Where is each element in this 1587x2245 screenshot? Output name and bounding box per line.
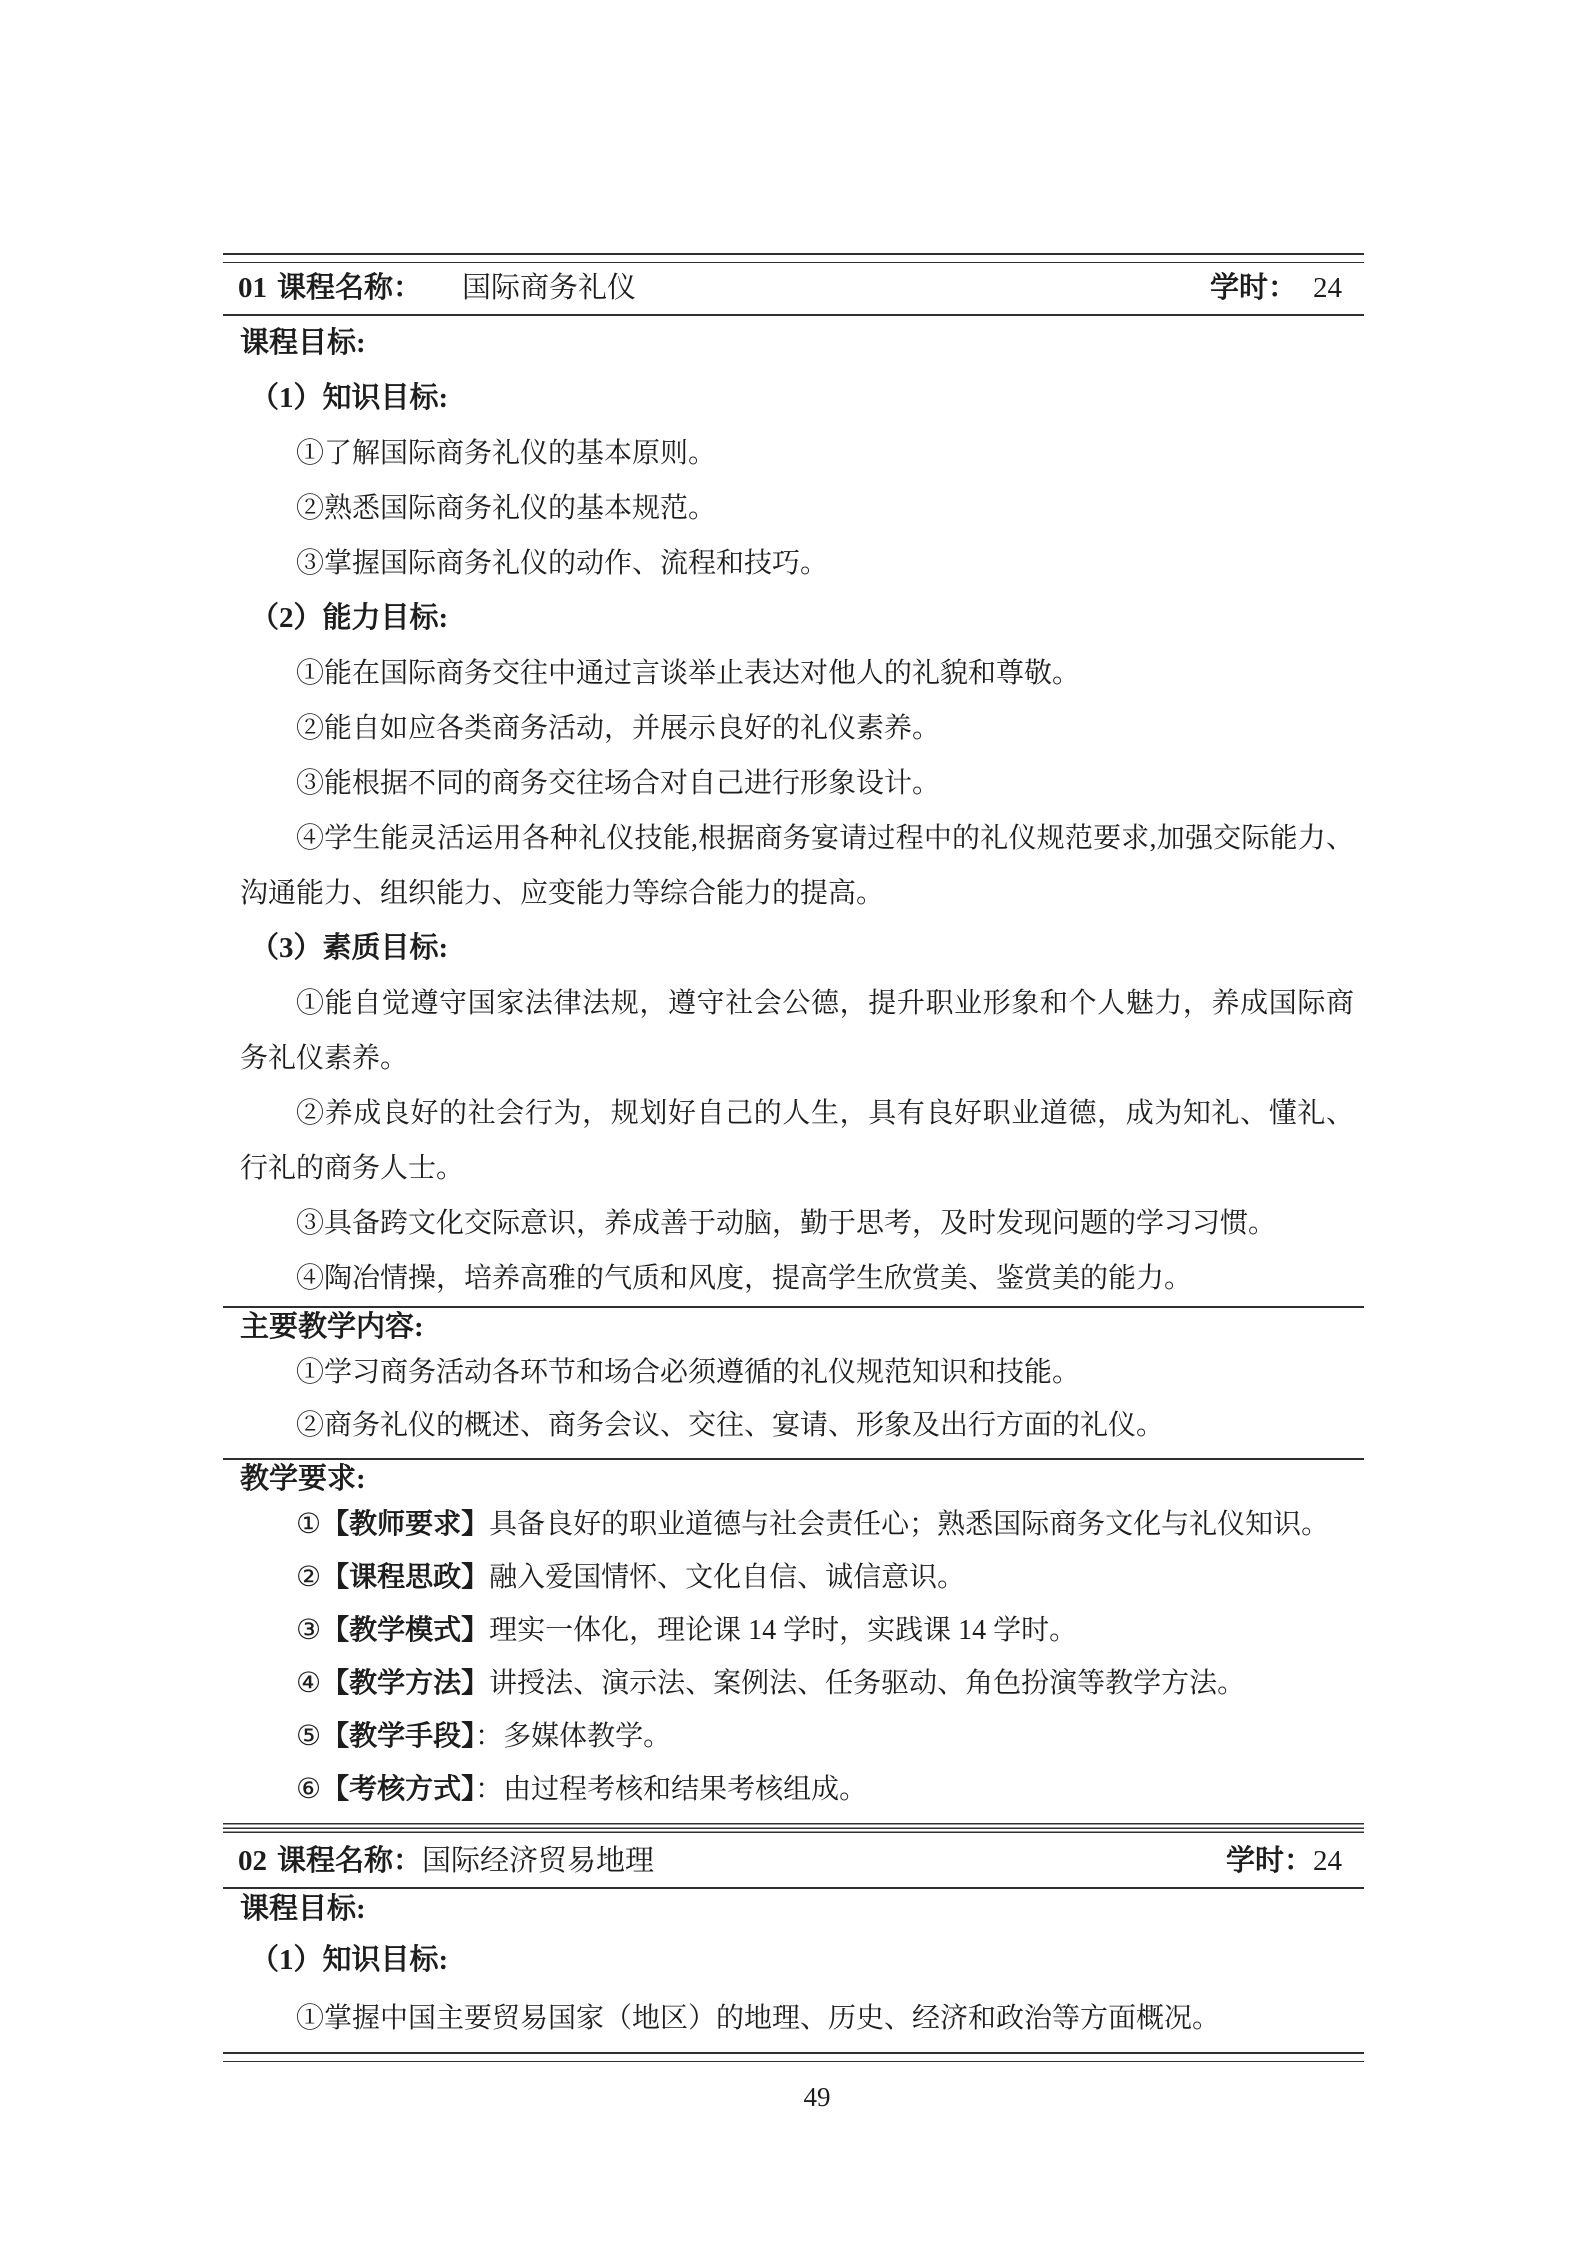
list-item: ②熟悉国际商务礼仪的基本规范。 [240, 481, 1354, 536]
list-item: ⑥【考核方式】：由过程考核和结果考核组成。 [240, 1763, 1354, 1816]
course2-number: 02 [238, 1845, 267, 1877]
course1-content-section: 主要教学内容: ①学习商务活动各环节和场合必须遵循的礼仪规范知识和技能。 ②商务… [223, 1308, 1364, 1458]
list-item: ①能在国际商务交往中通过言谈举止表达对他人的礼貌和尊敬。 [240, 646, 1354, 701]
course2-header-row: 02课程名称：国际经济贸易地理 学时：24 [223, 1836, 1364, 1887]
course1-content-title: 主要教学内容: [240, 1308, 1354, 1346]
course1-name-label: 课程名称： [277, 272, 422, 304]
document-page: 01课程名称：国际商务礼仪 学时：24 课程目标: （1）知识目标: ①了解国际… [0, 0, 1587, 2245]
course1-ability-title: （2）能力目标: [240, 591, 1354, 646]
list-item: ②养成良好的社会行为，规划好自己的人生，具有良好职业道德，成为知礼、懂礼、行礼的… [240, 1086, 1354, 1196]
list-item: ①【教师要求】具备良好的职业道德与社会责任心；熟悉国际商务文化与礼仪知识。 [240, 1498, 1354, 1551]
course2-header-left: 02课程名称：国际经济贸易地理 [238, 1842, 654, 1880]
item-text: 具备良好的职业道德与社会责任心；熟悉国际商务文化与礼仪知识。 [489, 1509, 1329, 1540]
item-number: ② [296, 1562, 321, 1593]
course2-name-label: 课程名称： [277, 1845, 422, 1877]
item-text: 融入爱国情怀、文化自信、诚信意识。 [489, 1562, 965, 1593]
course2-goals-title: 课程目标: [240, 1889, 1354, 1929]
course-syllabus-table: 01课程名称：国际商务礼仪 学时：24 课程目标: （1）知识目标: ①了解国际… [223, 253, 1364, 2062]
item-number: ① [296, 1509, 321, 1540]
list-item: ③能根据不同的商务交往场合对自己进行形象设计。 [240, 756, 1354, 811]
course2-hours-label: 学时： [1226, 1845, 1313, 1877]
list-item: ②能自如应各类商务活动，并展示良好的礼仪素养。 [240, 701, 1354, 756]
course1-requirements-section: 教学要求: ①【教师要求】具备良好的职业道德与社会责任心；熟悉国际商务文化与礼仪… [223, 1460, 1364, 1823]
list-item: ①学习商务活动各环节和场合必须遵循的礼仪规范知识和技能。 [240, 1346, 1354, 1399]
item-text: 理实一体化，理论课 14 学时，实践课 14 学时。 [489, 1615, 1077, 1646]
page-number: 49 [804, 2077, 831, 2117]
list-item: ①了解国际商务礼仪的基本原则。 [240, 426, 1354, 481]
item-tag: 【教学模式】 [321, 1615, 489, 1646]
item-tag: 【考核方式】 [321, 1774, 475, 1805]
course2-goals-section: 课程目标: （1）知识目标: ①掌握中国主要贸易国家（地区）的地理、历史、经济和… [223, 1889, 1364, 2046]
list-item: ④【教学方法】讲授法、演示法、案例法、任务驱动、角色扮演等教学方法。 [240, 1657, 1354, 1710]
item-tag: 【教学手段】 [321, 1721, 475, 1752]
list-item: ③具备跨文化交际意识，养成善于动脑，勤于思考，及时发现问题的学习习惯。 [240, 1196, 1354, 1251]
item-tag: 【教师要求】 [321, 1509, 489, 1540]
course1-hours-label: 学时： [1210, 272, 1297, 304]
list-item: ②商务礼仪的概述、商务会议、交往、宴请、形象及出行方面的礼仪。 [240, 1399, 1354, 1452]
item-number: ④ [296, 1668, 321, 1699]
list-item: ④陶冶情操，培养高雅的气质和风度，提高学生欣赏美、鉴赏美的能力。 [240, 1251, 1354, 1306]
course1-quality-title: （3）素质目标: [240, 921, 1354, 976]
course1-header-row: 01课程名称：国际商务礼仪 学时：24 [223, 263, 1364, 314]
course1-name: 国际商务礼仪 [462, 272, 636, 304]
list-item: ①掌握中国主要贸易国家（地区）的地理、历史、经济和政治等方面概况。 [240, 1991, 1354, 2046]
list-item: ⑤【教学手段】：多媒体教学。 [240, 1710, 1354, 1763]
course1-knowledge-title: （1）知识目标: [240, 371, 1354, 426]
list-item: ③掌握国际商务礼仪的动作、流程和技巧。 [240, 536, 1354, 591]
list-item: ①能自觉遵守国家法律法规，遵守社会公德，提升职业形象和个人魅力，养成国际商务礼仪… [240, 976, 1354, 1086]
item-number: ③ [296, 1615, 321, 1646]
item-text: ：由过程考核和结果考核组成。 [475, 1774, 867, 1805]
course1-number: 01 [238, 272, 267, 304]
item-text: ：多媒体教学。 [475, 1721, 671, 1752]
item-tag: 【教学方法】 [321, 1668, 489, 1699]
item-text: 讲授法、演示法、案例法、任务驱动、角色扮演等教学方法。 [489, 1668, 1245, 1699]
item-number: ⑤ [296, 1721, 321, 1752]
list-item: ②【课程思政】融入爱国情怀、文化自信、诚信意识。 [240, 1551, 1354, 1604]
course1-goals-title: 课程目标: [240, 316, 1354, 371]
course2-hours-value: 24 [1313, 1845, 1342, 1877]
course1-requirements-title: 教学要求: [240, 1460, 1354, 1498]
course-separator-border [223, 1823, 1364, 1836]
course2-knowledge-title: （1）知识目标: [240, 1929, 1354, 1991]
course1-hours-value: 24 [1313, 272, 1342, 304]
item-number: ⑥ [296, 1774, 321, 1805]
list-item: ③【教学模式】理实一体化，理论课 14 学时，实践课 14 学时。 [240, 1604, 1354, 1657]
course1-goals-section: 课程目标: （1）知识目标: ①了解国际商务礼仪的基本原则。 ②熟悉国际商务礼仪… [223, 316, 1364, 1306]
table-top-border [223, 253, 1364, 263]
table-bottom-border [223, 2052, 1364, 2062]
course2-header-right: 学时：24 [1226, 1842, 1342, 1880]
course1-header-left: 01课程名称：国际商务礼仪 [238, 269, 636, 307]
course1-header-right: 学时：24 [1210, 269, 1342, 307]
list-item: ④学生能灵活运用各种礼仪技能,根据商务宴请过程中的礼仪规范要求,加强交际能力、沟… [240, 811, 1354, 921]
item-tag: 【课程思政】 [321, 1562, 489, 1593]
course2-name: 国际经济贸易地理 [422, 1845, 654, 1877]
